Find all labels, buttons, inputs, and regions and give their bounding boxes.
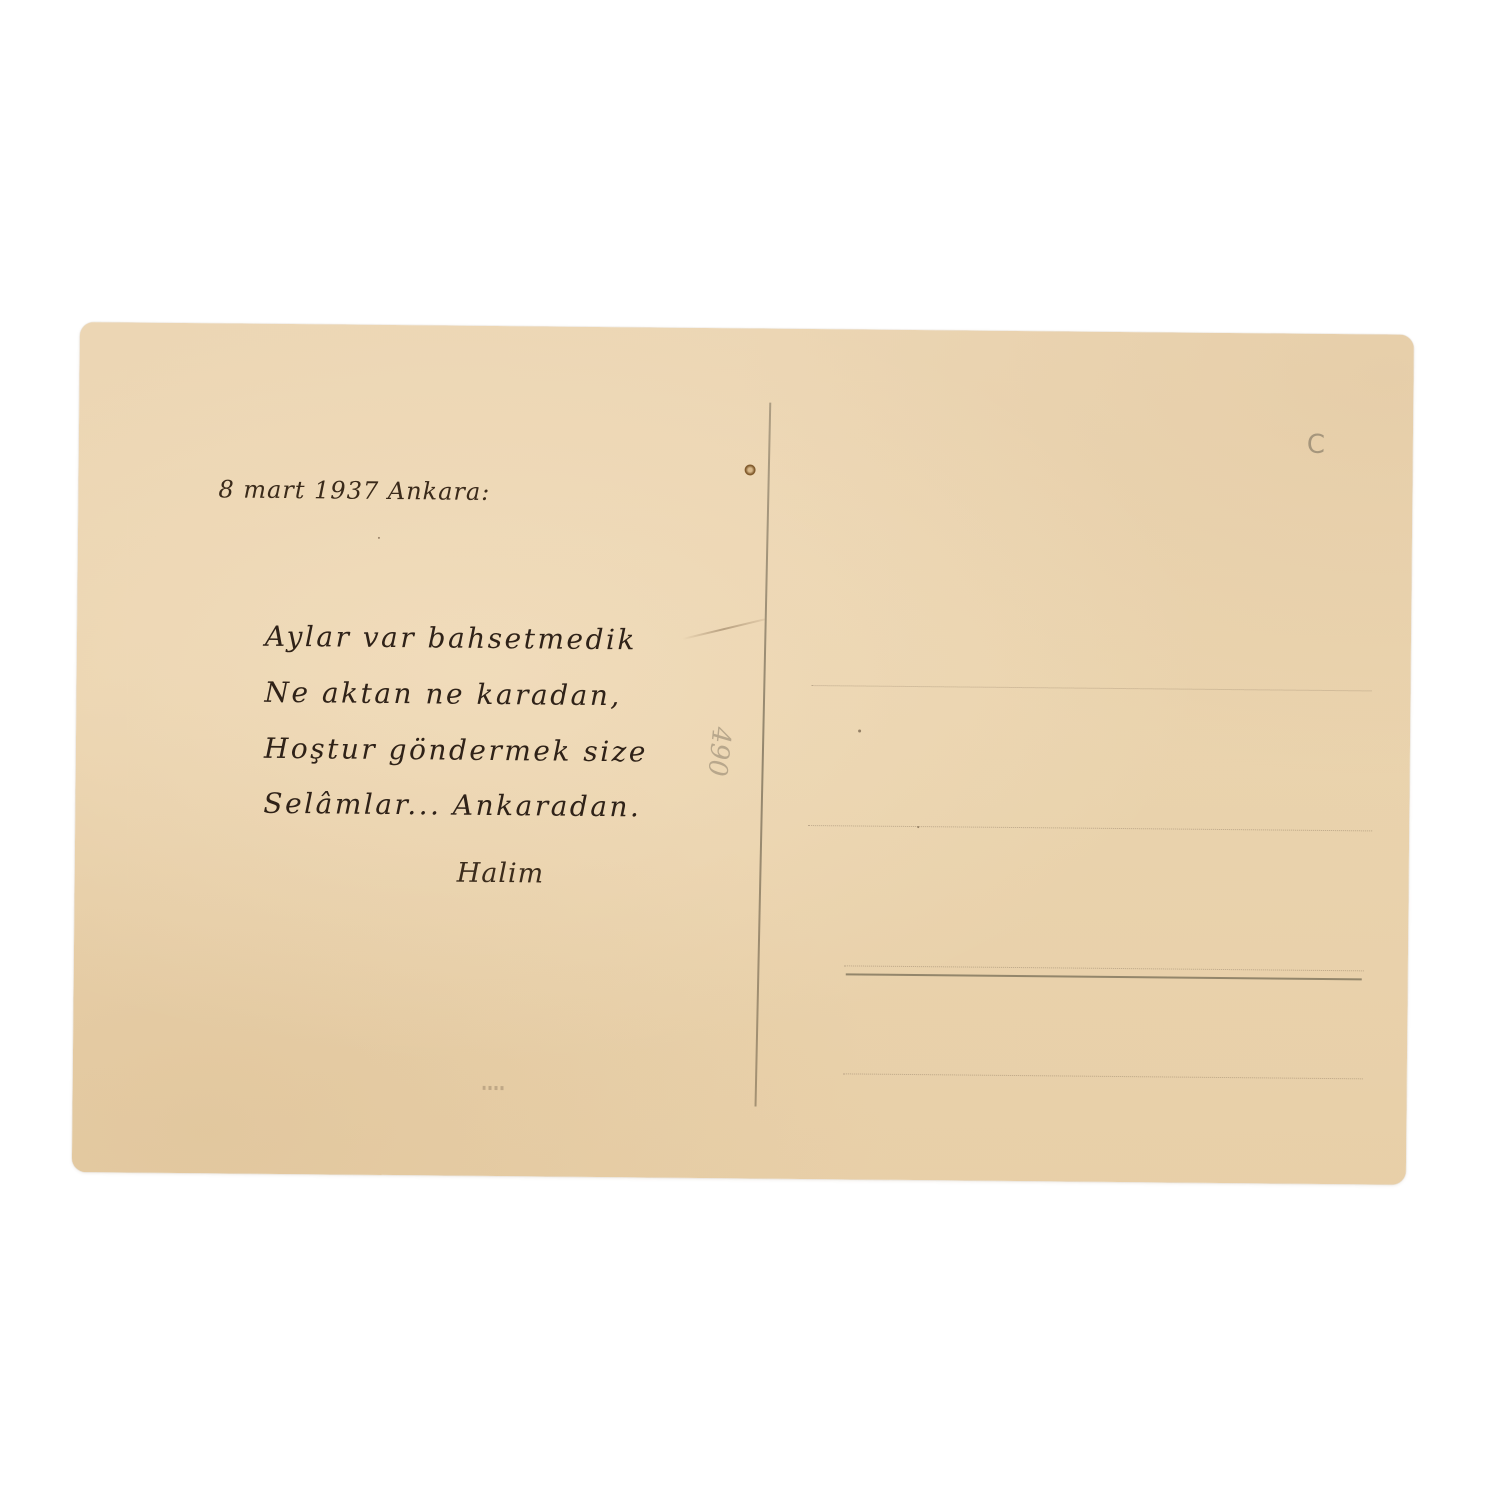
paper-speck bbox=[917, 826, 919, 828]
pin-hole-mark bbox=[745, 464, 756, 475]
address-line-3 bbox=[844, 965, 1364, 971]
stamp-corner-mark: C bbox=[1307, 434, 1327, 456]
pencil-note: 490 bbox=[701, 725, 736, 777]
address-underline-solid bbox=[846, 973, 1362, 980]
poem-line-4: Selâmlar... Ankaradan. bbox=[263, 787, 641, 824]
pencil-smudge bbox=[682, 618, 765, 640]
poem-line-1: Aylar var bahsetmedik bbox=[265, 620, 637, 657]
handwritten-date-line: 8 mart 1937 Ankara: bbox=[218, 475, 490, 506]
address-line-2 bbox=[808, 825, 1372, 831]
paper-speck bbox=[378, 537, 380, 539]
poem-line-3: Hoştur göndermek size bbox=[264, 732, 648, 769]
address-line-4 bbox=[843, 1073, 1363, 1079]
signature: Halim bbox=[457, 858, 545, 890]
paper-speck bbox=[858, 729, 861, 732]
photo-stage: 8 mart 1937 Ankara: Aylar var bahsetmedi… bbox=[0, 0, 1500, 1500]
poem-line-2: Ne aktan ne karadan, bbox=[264, 676, 622, 712]
faint-print-mark bbox=[483, 1086, 505, 1090]
address-line-1 bbox=[812, 685, 1372, 691]
postcard-back: 8 mart 1937 Ankara: Aylar var bahsetmedi… bbox=[72, 322, 1414, 1185]
center-divider-line bbox=[755, 403, 772, 1107]
